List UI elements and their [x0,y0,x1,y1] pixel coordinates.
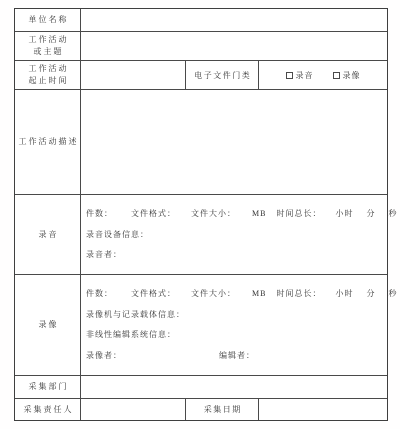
audio-recording-label: 录音 [15,195,81,274]
collection-department-label: 采集部门 [15,376,81,398]
row-collection-department: 采集部门 [15,376,387,399]
file-category-options: 录音 录像 [259,61,387,89]
audio-stats-line: 件数： 文件格式： 文件大小： MB 时间总长： 小时 分 秒 [86,209,397,219]
activity-theme-label: 工作活动 或主题 [15,32,81,60]
audio-mb-unit: MB [252,209,266,219]
audio-format-label: 文件格式： [131,209,176,219]
audio-recorder-label: 录音者： [86,250,122,260]
row-activity-time: 工作活动 起止时间 电子文件门类 录音 录像 [15,61,387,90]
video-duration-label: 时间总长： [276,289,321,299]
collection-date-field[interactable] [259,399,387,420]
video-checkbox-label: 录像 [343,70,361,81]
video-filesize-label: 文件大小： [191,289,236,299]
video-checkbox[interactable] [333,72,340,79]
activity-theme-field[interactable] [81,32,387,60]
audio-seconds-unit: 秒 [388,209,397,219]
file-category-label: 电子文件门类 [186,61,259,89]
video-recording-label: 录像 [15,275,81,375]
video-recording-details[interactable]: 件数： 文件格式： 文件大小： MB 时间总长： 小时 分 秒 录像机与记录载体… [81,275,400,375]
row-audio-recording: 录音 件数： 文件格式： 文件大小： MB 时间总长： 小时 分 秒 录音设备信… [15,195,387,275]
audio-checkbox-label: 录音 [296,70,314,81]
row-collection-person: 采集责任人 采集日期 [15,399,387,420]
video-mb-unit: MB [252,289,266,299]
collection-form-table: 单位名称 工作活动 或主题 工作活动 起止时间 电子文件门类 录音 [14,8,388,421]
audio-device-info-label: 录音设备信息： [86,230,149,240]
audio-checkbox[interactable] [286,72,293,79]
unit-name-field[interactable] [81,9,387,31]
audio-checkbox-option[interactable]: 录音 [286,70,314,81]
activity-time-label: 工作活动 起止时间 [15,61,81,89]
video-hours-unit: 小时 [335,289,353,299]
video-minutes-unit: 分 [366,289,375,299]
video-editing-system-label: 非线性编辑系统信息： [86,330,176,340]
row-activity-theme: 工作活动 或主题 [15,32,387,61]
video-device-info-label: 录像机与记录载体信息： [86,310,185,320]
audio-minutes-unit: 分 [366,209,375,219]
audio-hours-unit: 小时 [335,209,353,219]
video-checkbox-option[interactable]: 录像 [333,70,361,81]
activity-description-field[interactable] [81,90,387,194]
video-recorder-label: 录像者： [86,351,122,361]
video-count-label: 件数： [86,289,113,299]
scanned-form-page: 单位名称 工作活动 或主题 工作活动 起止时间 电子文件门类 录音 [0,0,400,429]
collection-person-field[interactable] [81,399,186,420]
video-credits-line: 录像者： 编辑者： [86,351,255,361]
row-video-recording: 录像 件数： 文件格式： 文件大小： MB 时间总长： 小时 分 秒 录像机与记… [15,275,387,376]
row-activity-description: 工作活动描述 [15,90,387,195]
audio-duration-label: 时间总长： [276,209,321,219]
video-seconds-unit: 秒 [388,289,397,299]
audio-count-label: 件数： [86,209,113,219]
video-stats-line: 件数： 文件格式： 文件大小： MB 时间总长： 小时 分 秒 [86,289,397,299]
collection-person-label: 采集责任人 [15,399,81,420]
activity-time-field[interactable] [81,61,186,89]
video-editor-label: 编辑者： [219,351,255,361]
video-format-label: 文件格式： [131,289,176,299]
row-unit-name: 单位名称 [15,9,387,32]
collection-date-label: 采集日期 [186,399,259,420]
collection-department-field[interactable] [81,376,387,398]
activity-description-label: 工作活动描述 [15,90,81,194]
unit-name-label: 单位名称 [15,9,81,31]
audio-recording-details[interactable]: 件数： 文件格式： 文件大小： MB 时间总长： 小时 分 秒 录音设备信息： … [81,195,400,274]
audio-filesize-label: 文件大小： [191,209,236,219]
